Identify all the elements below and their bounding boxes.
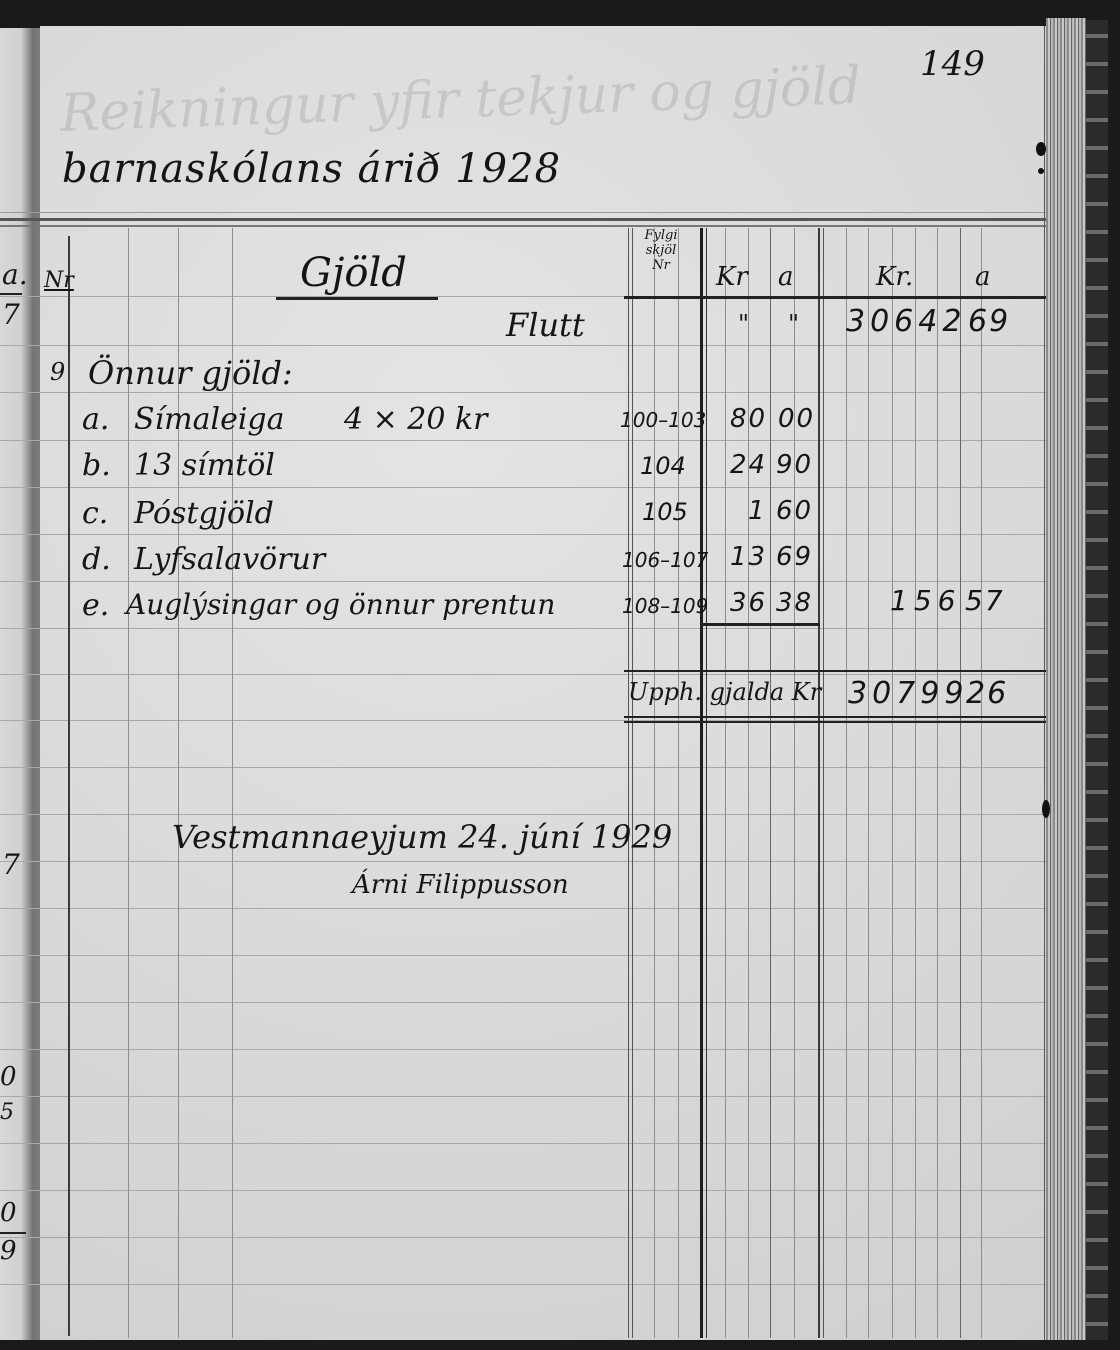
row-letter: d. <box>82 542 111 577</box>
column-line <box>937 228 938 1338</box>
carried-forward-a2: 69 <box>968 304 1010 339</box>
fragment-value: 0 <box>0 1062 17 1092</box>
column-line <box>892 228 893 1338</box>
column-line <box>846 228 847 1338</box>
header-kr2: Kr. <box>876 262 913 292</box>
fragment-rule <box>0 293 22 295</box>
ruled-line <box>0 955 1046 956</box>
column-line-a2 <box>960 228 961 1338</box>
ruled-line <box>0 674 1046 675</box>
row-kr: 80 <box>730 404 767 434</box>
book-binding <box>1086 20 1108 1340</box>
subtotal-kr: 156 <box>890 584 961 617</box>
column-line-kr1-left <box>700 228 703 1338</box>
row-kr: 1 <box>748 496 767 526</box>
ruled-line <box>0 212 1046 213</box>
ink-blot <box>1036 142 1046 156</box>
carried-forward-a1: " <box>788 310 799 338</box>
row-kr: 24 <box>730 450 767 480</box>
row-voucher: 104 <box>640 452 686 480</box>
column-line <box>794 228 795 1338</box>
row-a: 00 <box>778 404 815 434</box>
ink-blot <box>1038 168 1044 174</box>
column-line-kr2-left <box>818 228 820 1338</box>
carried-forward-label: Flutt <box>506 306 585 344</box>
signature-name: Árni Filippusson <box>352 870 569 900</box>
header-a1: a <box>778 262 794 292</box>
column-line <box>915 228 916 1338</box>
row-letter: c. <box>82 496 108 531</box>
column-line <box>981 228 982 1338</box>
carried-forward-kr2: 30642 <box>846 304 966 339</box>
signature-place-date: Vestmannaeyjum 24. júní 1929 <box>172 818 672 856</box>
ruled-line <box>0 440 1046 441</box>
header-voucher: Fylgi skjöl Nr <box>626 228 696 273</box>
column-line-kr2-left <box>823 228 824 1338</box>
total-a: 26 <box>966 676 1008 711</box>
ruled-line <box>0 1096 1046 1097</box>
header-nr: Nr <box>44 268 74 293</box>
fragment-value: 7 <box>2 298 20 331</box>
header-description: Gjöld <box>300 250 407 296</box>
column-line <box>178 228 179 1338</box>
row-text: Auglýsingar og önnur prentun <box>126 588 555 621</box>
ruled-line <box>0 345 1046 346</box>
row-note: 4 × 20 kr <box>344 402 488 437</box>
row-letter: b. <box>82 448 111 483</box>
row-kr: 36 <box>730 588 767 618</box>
ruled-line <box>0 1049 1046 1050</box>
ruled-line <box>0 908 1046 909</box>
column-line <box>678 228 679 1338</box>
fragment-rule <box>0 1232 26 1234</box>
header-bottom-rule <box>624 296 1046 299</box>
row-voucher: 100–103 <box>620 408 706 432</box>
row-a: 60 <box>776 496 813 526</box>
column-line <box>748 228 749 1338</box>
ruled-line <box>0 392 1046 393</box>
fragment-header: a. <box>2 258 28 291</box>
fragment-value: 9 <box>0 1236 17 1266</box>
total-double-rule <box>624 716 1046 718</box>
row-text: Póstgjöld <box>134 496 274 531</box>
subtotal-a: 57 <box>965 584 1005 617</box>
row-voucher: 105 <box>642 498 688 526</box>
table-top-border <box>0 218 1046 221</box>
ruled-line <box>0 767 1046 768</box>
column-line <box>232 228 233 1338</box>
header-voucher-line: Nr <box>626 258 696 273</box>
group-label: Önnur gjöld: <box>88 354 293 392</box>
page-heading: barnaskólans árið 1928 <box>62 146 561 192</box>
total-double-rule <box>624 721 1046 723</box>
ruled-line <box>0 487 1046 488</box>
column-line <box>868 228 869 1338</box>
row-text: Lyfsalavörur <box>134 542 325 577</box>
header-description-underline <box>276 297 438 300</box>
subtotal-rule <box>700 623 820 626</box>
row-voucher: 108–109 <box>622 594 708 618</box>
row-text: 13 símtöl <box>134 448 275 483</box>
column-line-nr <box>68 236 70 1336</box>
column-line-voucher-left <box>628 228 629 1338</box>
ruled-line <box>0 1002 1046 1003</box>
ruled-line <box>0 581 1046 582</box>
ruled-line <box>0 1284 1046 1285</box>
total-kr: 30799 <box>848 676 968 711</box>
group-nr: 9 <box>50 358 65 386</box>
header-voucher-line: skjöl <box>626 243 696 258</box>
fragment-value: 5 <box>0 1100 14 1125</box>
fragment-value: 0 <box>0 1198 17 1228</box>
column-line-voucher-left <box>632 228 633 1338</box>
row-kr: 13 <box>730 542 767 572</box>
row-voucher: 106–107 <box>622 548 708 572</box>
header-kr1: Kr <box>716 262 748 292</box>
total-label: Upph. gjalda Kr <box>628 678 821 706</box>
table-top-border-inner <box>0 225 1046 227</box>
ruled-line <box>0 861 1046 862</box>
ruled-line <box>0 534 1046 535</box>
row-a: 69 <box>776 542 813 572</box>
ruled-line <box>0 1237 1046 1238</box>
page-right-edge <box>1044 26 1045 1340</box>
page-stack-edges <box>1046 18 1086 1340</box>
column-line-a1 <box>770 228 771 1338</box>
ruled-line <box>0 1143 1046 1144</box>
header-a2: a <box>975 262 991 292</box>
column-line <box>128 228 129 1338</box>
column-line-kr1-left <box>706 228 707 1338</box>
header-voucher-line: Fylgi <box>626 228 696 243</box>
column-line <box>654 228 655 1338</box>
ruled-line <box>0 628 1046 629</box>
carried-forward-kr1: " <box>738 310 749 338</box>
page-number: 149 <box>920 44 985 84</box>
row-letter: e. <box>82 588 109 623</box>
ruled-line <box>0 1190 1046 1191</box>
column-line <box>725 228 726 1338</box>
fragment-value: 7 <box>2 848 20 881</box>
ruled-line <box>0 814 1046 815</box>
ink-blot <box>1042 800 1050 818</box>
row-a: 38 <box>776 588 813 618</box>
row-text: Símaleiga <box>134 402 285 437</box>
row-a: 90 <box>776 450 813 480</box>
total-top-rule <box>624 670 1046 672</box>
row-letter: a. <box>82 402 109 437</box>
